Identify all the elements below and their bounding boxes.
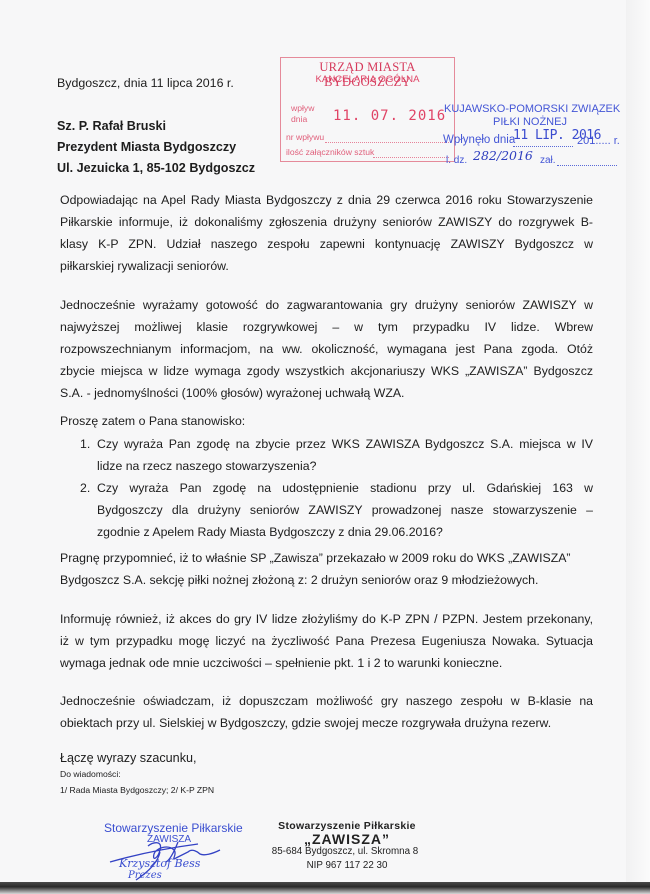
attachments-dotted-line [373, 157, 449, 158]
scan-edge-bottom [0, 882, 650, 894]
union-stamp-title: KUJAWSKO-POMORSKI ZWIĄZEK [444, 103, 620, 115]
number-dotted-line [325, 142, 449, 143]
union-attachments-label: zał. [540, 155, 556, 166]
text-line: Czy wyraża Pan zgodę na zbycie przez WKS… [97, 433, 593, 455]
paragraph-readiness: Jednocześnie wyrażamy gotowość do zagwar… [60, 294, 593, 404]
paragraph-history: Pragnę przypomnieć, iż to właśnie SP „Za… [60, 547, 593, 591]
text-line: Bydgoszczy dla drużyny seniorów ZAWISZY … [97, 499, 593, 521]
scan-edge-right [626, 0, 650, 894]
text-line: S.A. - jednomyślności (100% głosów) wyra… [60, 382, 593, 404]
request-intro: Proszę zatem o Pana stanowisko: [60, 413, 245, 429]
text-line: Jednocześnie wyrażamy gotowość do zagwar… [60, 294, 593, 316]
text-line: zgodnie z Apelem Rady Miasta Bydgoszczy … [97, 521, 593, 543]
stamp-label-number: nr wpływu [286, 132, 324, 143]
stamp-received-date: 11. 07. 2016 [333, 108, 446, 124]
paragraph-reply: Odpowiadając na Apel Rady Miasta Bydgosz… [60, 189, 593, 277]
questions-list: 1. Czy wyraża Pan zgodę na zbycie przez … [60, 433, 593, 543]
stamp-label-date: dnia [291, 114, 307, 125]
text-line: Pragnę przypomnieć, iż to właśnie SP „Za… [60, 547, 593, 569]
company-stamp-name: „ZAWISZA” [272, 831, 422, 847]
recipient-address: Ul. Jezuicka 1, 85-102 Bydgoszcz [57, 160, 255, 176]
union-year-suffix: 201..... r. [577, 135, 620, 147]
paragraph-declaration: Jednocześnie oświadczam, iż dopuszczam m… [60, 690, 593, 734]
text-line: Jednocześnie oświadczam, iż dopuszczam m… [60, 690, 593, 712]
text-line: obiektach przy ul. Sielskiej w Bydgoszcz… [60, 712, 593, 734]
city-office-stamp: URZĄD MIASTA BYDGOSZCZY KANCELARIA OGÓLN… [280, 57, 455, 162]
closing: Łączę wyrazy szacunku, [60, 750, 197, 766]
letter-page: Bydgoszcz, dnia 11 lipca 2016 r. Sz. P. … [0, 0, 626, 882]
union-attachments-dots [557, 165, 617, 166]
text-line: Piłkarskie informuje, iż dokonaliśmy zgł… [60, 211, 593, 233]
recipient-title: Prezydent Miasta Bydgoszczy [57, 139, 236, 155]
union-ref-number: 282/2016 [473, 148, 533, 163]
union-received-dots [513, 146, 573, 147]
text-line: Informuję również, iż akces do gry IV li… [60, 608, 593, 630]
handwritten-signature-icon [108, 832, 228, 882]
text-line: Czy wyraża Pan zgodę na udostępnienie st… [97, 477, 593, 499]
stamp-label-attachments: ilość załączników sztuk [286, 147, 374, 158]
question-number: 2. [80, 477, 90, 499]
text-line: rozpowszechnianym informacjom, na ww. ok… [60, 338, 593, 360]
place-date: Bydgoszcz, dnia 11 lipca 2016 r. [57, 75, 234, 91]
text-line: lidze na rzecz naszego stowarzyszenia? [97, 455, 593, 477]
paragraph-accession: Informuję również, iż akces do gry IV li… [60, 608, 593, 674]
cc-label: Do wiadomości: [60, 768, 121, 781]
stamp-label-received: wpływ [291, 103, 314, 114]
question-number: 1. [80, 433, 90, 455]
text-line: piłkarskiej rywalizacji seniorów. [60, 255, 593, 277]
text-line: iż w tym przypadku mogę liczyć na życzli… [60, 630, 593, 652]
text-line: klasy K-P ZPN. Udział naszego zespołu za… [60, 233, 593, 255]
union-ref-label: l. dz. [446, 155, 467, 166]
text-line: Bydgoszcz S.A. sekcję piłki nożnej złożo… [60, 569, 593, 591]
text-line: Odpowiadając na Apel Rady Miasta Bydgosz… [60, 189, 593, 211]
recipient-name: Sz. P. Rafał Bruski [57, 118, 166, 134]
company-stamp-address: 85-684 Bydgoszcz, ul. Skromna 8 [270, 846, 420, 857]
cc-list: 1/ Rada Miasta Bydgoszczy; 2/ K-P ZPN [60, 784, 214, 797]
union-stamp-subtitle: PIŁKI NOŻNEJ [493, 116, 567, 128]
text-line: najwyższej możliwej klasie rozgrywkowej … [60, 316, 593, 338]
question-item: 1. Czy wyraża Pan zgodę na zbycie przez … [60, 433, 593, 477]
company-stamp-nip: NIP 967 117 22 30 [272, 860, 422, 871]
union-received-label: Wpłynęło dnia [443, 134, 515, 146]
text-line: wymaga jednak ode mnie uczciwości – speł… [60, 652, 593, 674]
stamp-office-subtitle: KANCELARIA OGÓLNA [281, 74, 454, 85]
text-line: zbycie miejsca w lidze wymaga zgody wszy… [60, 360, 593, 382]
question-item: 2. Czy wyraża Pan zgodę na udostępnienie… [60, 477, 593, 543]
